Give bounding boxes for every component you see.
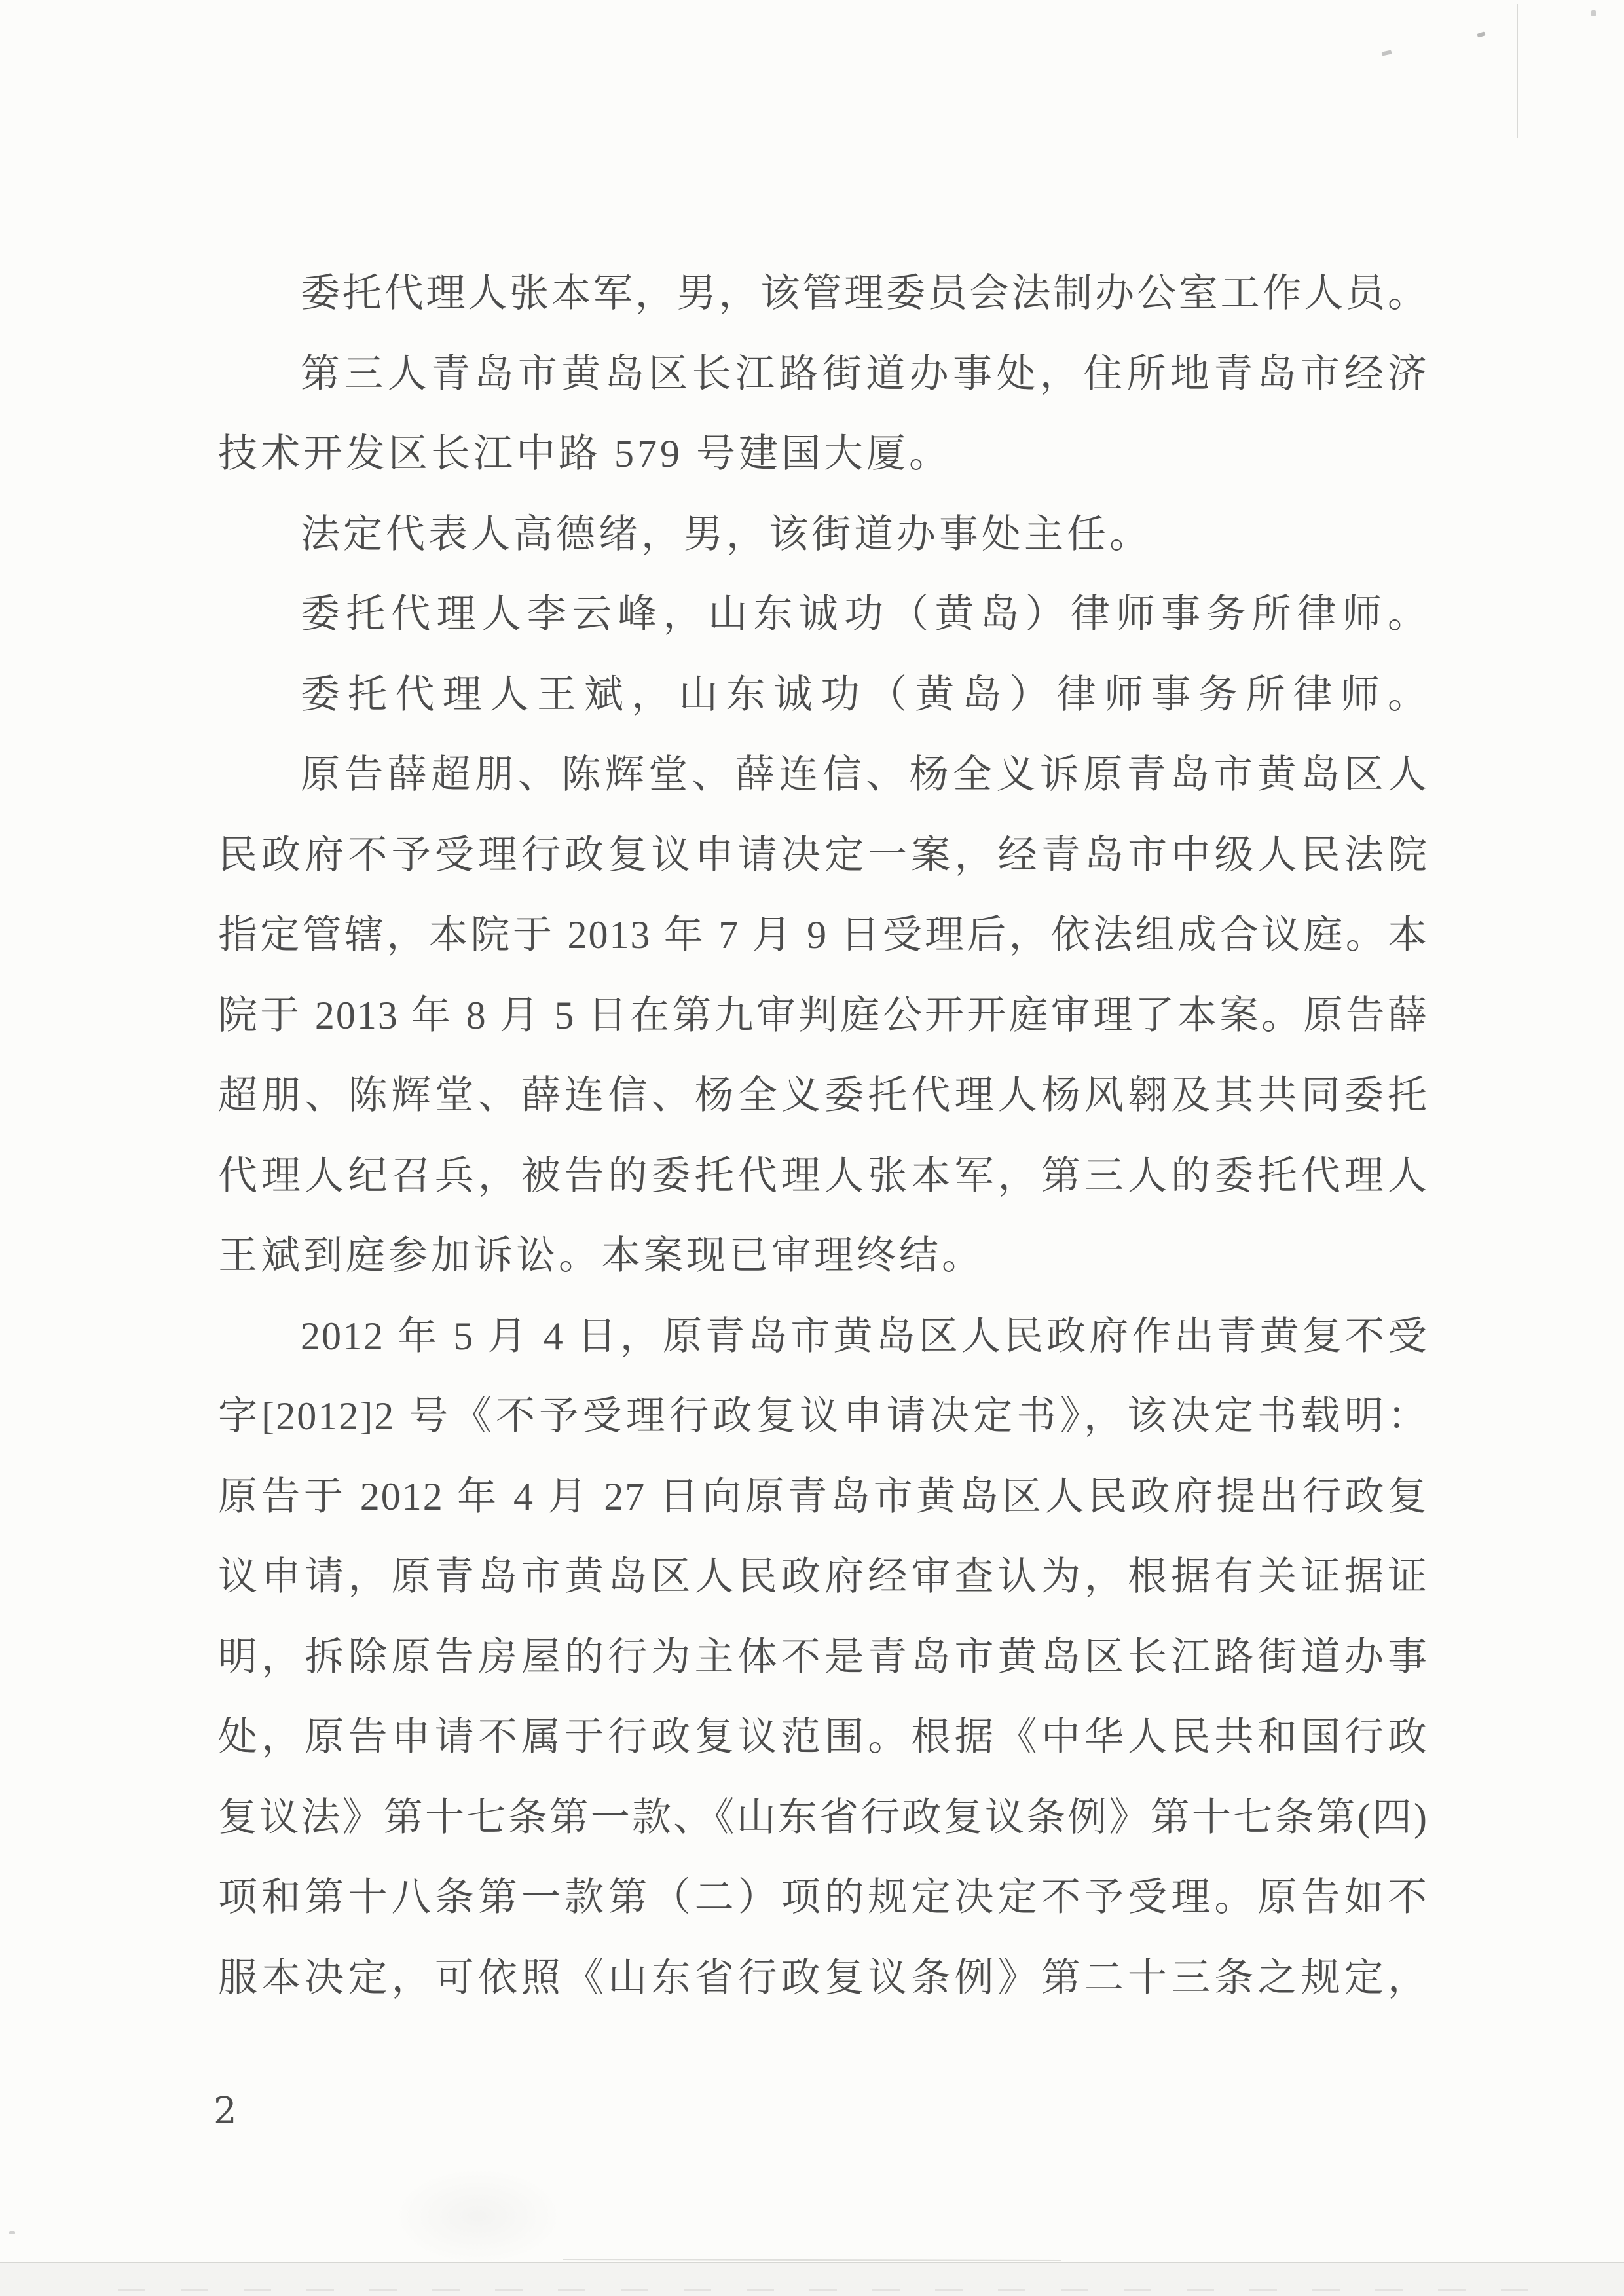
scan-smudge-artifact bbox=[393, 2167, 563, 2265]
scan-streak-artifact bbox=[1517, 4, 1518, 138]
paper-edge-artifact bbox=[563, 2259, 1061, 2261]
document-line: 技术开发区长江中路 579 号建国大厦。 bbox=[218, 414, 1428, 494]
document-line: 王斌到庭参加诉讼。本案现已审理终结。 bbox=[218, 1216, 1428, 1296]
scan-speck-artifact bbox=[1591, 10, 1596, 16]
document-line: 民政府不予受理行政复议申请决定一案，经青岛市中级人民法院 bbox=[218, 815, 1428, 896]
document-line: 2012 年 5 月 4 日，原青岛市黄岛区人民政府作出青黄复不受 bbox=[218, 1296, 1428, 1377]
scan-speck-artifact bbox=[1382, 50, 1392, 56]
document-line: 代理人纪召兵，被告的委托代理人张本军，第三人的委托代理人 bbox=[218, 1136, 1428, 1216]
document-line: 法定代表人高德绪，男，该街道办事处主任。 bbox=[218, 494, 1428, 575]
document-line: 原告薛超朋、陈辉堂、薛连信、杨全义诉原青岛市黄岛区人 bbox=[218, 735, 1428, 815]
document-line: 议申请，原青岛市黄岛区人民政府经审查认为，根据有关证据证 bbox=[218, 1537, 1428, 1617]
document-line: 指定管辖，本院于 2013 年 7 月 9 日受理后，依法组成合议庭。本 bbox=[218, 895, 1428, 975]
document-line: 委托代理人李云峰，山东诚功（黄岛）律师事务所律师。 bbox=[218, 574, 1428, 655]
document-line: 第三人青岛市黄岛区长江路街道办事处，住所地青岛市经济 bbox=[218, 334, 1428, 414]
document-line: 超朋、陈辉堂、薛连信、杨全义委托代理人杨风翱及其共同委托 bbox=[218, 1055, 1428, 1136]
page: 委托代理人张本军，男，该管理委员会法制办公室工作人员。第三人青岛市黄岛区长江路街… bbox=[0, 0, 1624, 2296]
scan-speck-artifact bbox=[1477, 31, 1485, 37]
page-number: 2 bbox=[213, 2071, 237, 2151]
document-body: 委托代理人张本军，男，该管理委员会法制办公室工作人员。第三人青岛市黄岛区长江路街… bbox=[218, 253, 1428, 2018]
document-line: 原告于 2012 年 4 月 27 日向原青岛市黄岛区人民政府提出行政复 bbox=[218, 1457, 1428, 1537]
document-line: 服本决定，可依照《山东省行政复议条例》第二十三条之规定， bbox=[218, 1938, 1428, 2018]
document-line: 委托代理人王斌，山东诚功（黄岛）律师事务所律师。 bbox=[218, 655, 1428, 735]
document-line: 委托代理人张本军，男，该管理委员会法制办公室工作人员。 bbox=[218, 253, 1428, 334]
document-line: 院于 2013 年 8 月 5 日在第九审判庭公开开庭审理了本案。原告薛 bbox=[218, 975, 1428, 1056]
document-line: 字[2012]2 号《不予受理行政复议申请决定书》，该决定书载明： bbox=[218, 1376, 1428, 1457]
scan-noise-artifact bbox=[118, 2289, 1545, 2291]
document-line: 处，原告申请不属于行政复议范围。根据《中华人民共和国行政 bbox=[218, 1697, 1428, 1777]
document-line: 复议法》第十七条第一款、《山东省行政复议条例》第十七条第(四) bbox=[218, 1777, 1428, 1858]
document-line: 项和第十八条第一款第（二）项的规定决定不予受理。原告如不 bbox=[218, 1857, 1428, 1938]
scanned-court-document: { "document": { "page_number": "2", "lin… bbox=[0, 0, 1624, 2296]
scan-speck-artifact bbox=[9, 2231, 15, 2234]
document-line: 明，拆除原告房屋的行为主体不是青岛市黄岛区长江路街道办事 bbox=[218, 1617, 1428, 1698]
